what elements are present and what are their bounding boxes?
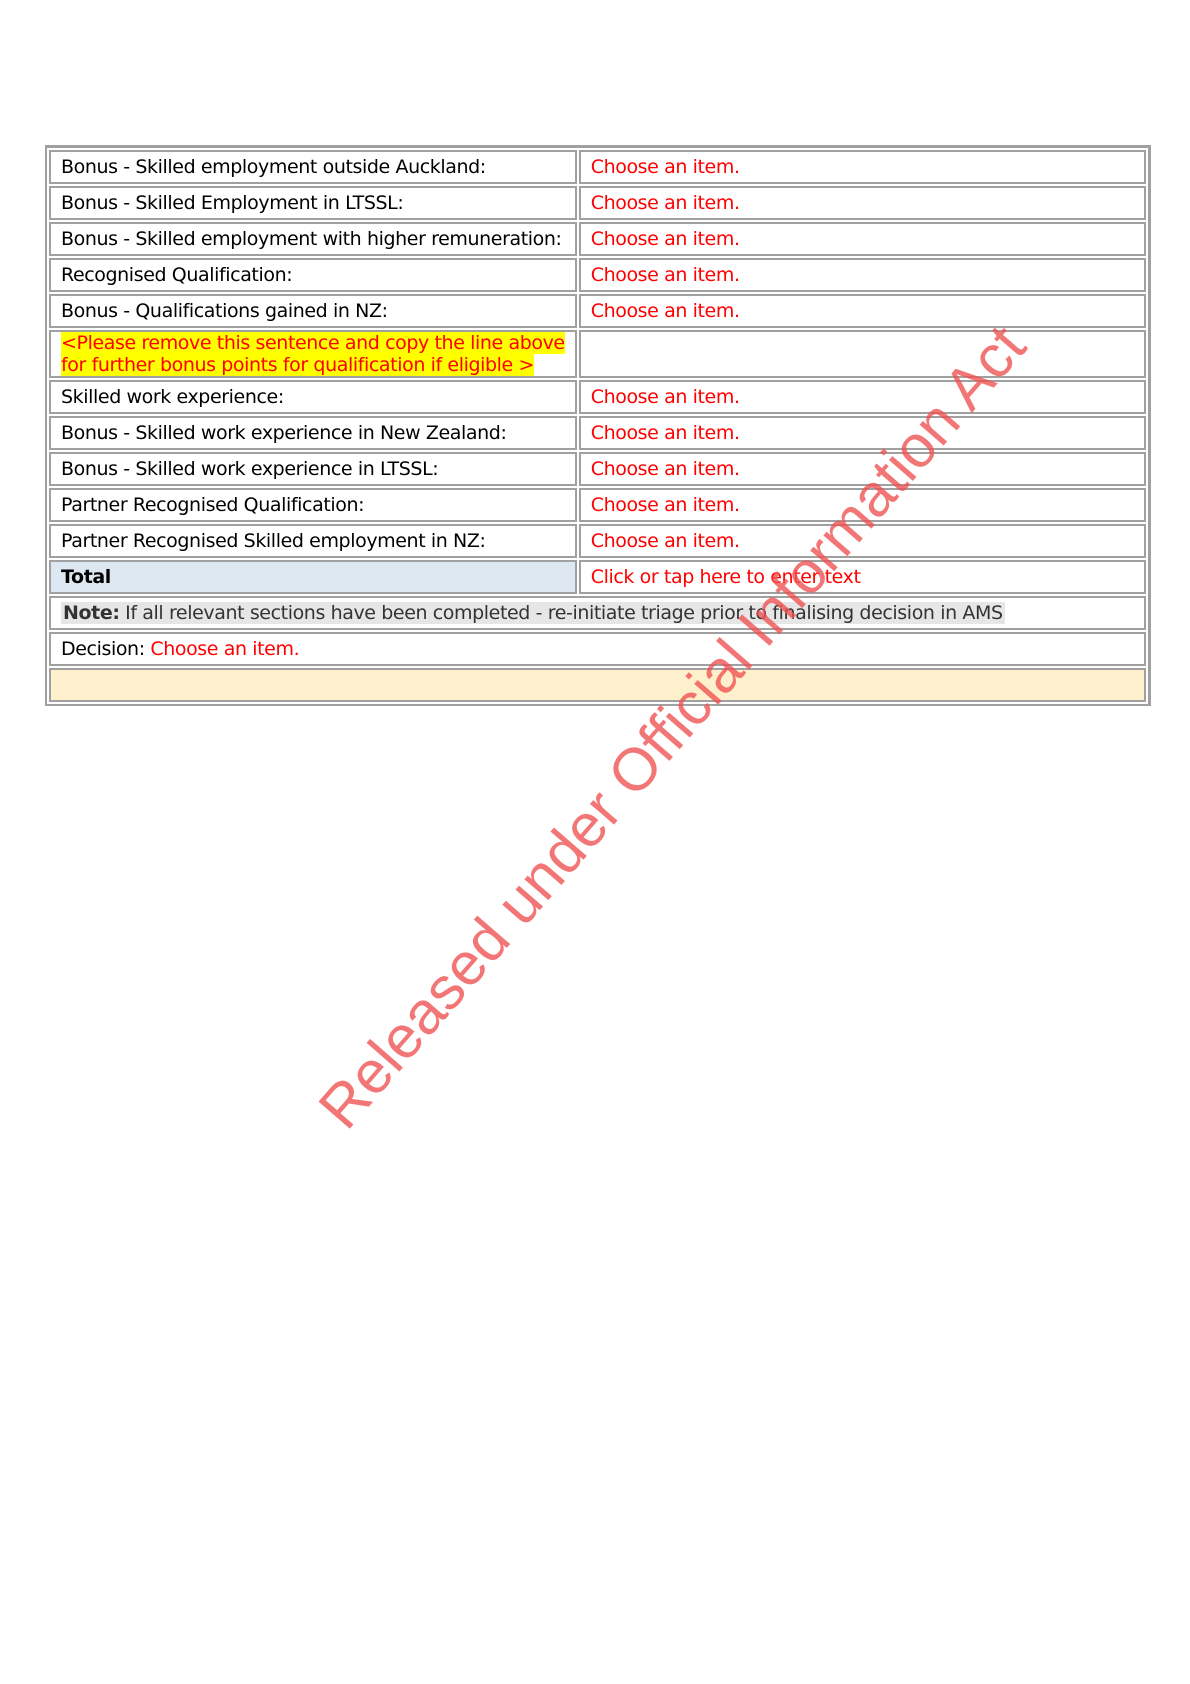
choose-item-dropdown[interactable]: Choose an item. [579,294,1146,328]
instruction-line-2: for further bonus points for qualificati… [61,354,534,376]
choose-item-dropdown[interactable]: Choose an item. [579,416,1146,450]
decision-cell: Decision: Choose an item. [49,632,1146,666]
choose-item-dropdown[interactable]: Choose an item. [579,258,1146,292]
row-label: Bonus - Skilled work experience in New Z… [49,416,577,450]
choose-item-dropdown[interactable]: Choose an item. [579,488,1146,522]
note-body: If all relevant sections have been compl… [120,602,1003,624]
row-label: Partner Recognised Skilled employment in… [49,524,577,558]
instruction-row: <Please remove this sentence and copy th… [49,330,1146,378]
choose-item-dropdown[interactable]: Choose an item. [579,186,1146,220]
row-label: Partner Recognised Qualification: [49,488,577,522]
choose-item-dropdown[interactable]: Choose an item. [579,524,1146,558]
decision-label: Decision: [61,638,150,660]
table-row: Skilled work experience: Choose an item. [49,380,1146,414]
instruction-note: <Please remove this sentence and copy th… [49,330,577,378]
instruction-line-1: <Please remove this sentence and copy th… [61,332,565,354]
choose-item-dropdown[interactable]: Choose an item. [579,150,1146,184]
table-row: Partner Recognised Skilled employment in… [49,524,1146,558]
table-row: Bonus - Skilled work experience in LTSSL… [49,452,1146,486]
total-row: Total Click or tap here to enter text [49,560,1146,594]
note-row: Note: If all relevant sections have been… [49,596,1146,630]
row-label: Bonus - Skilled Employment in LTSSL: [49,186,577,220]
row-label: Bonus - Qualifications gained in NZ: [49,294,577,328]
table-row: Bonus - Skilled employment outside Auckl… [49,150,1146,184]
table-row: Bonus - Skilled employment with higher r… [49,222,1146,256]
table-row: Bonus - Skilled Employment in LTSSL: Cho… [49,186,1146,220]
choose-item-dropdown[interactable]: Choose an item. [579,380,1146,414]
footer-row [49,668,1146,702]
table-row: Bonus - Skilled work experience in New Z… [49,416,1146,450]
decision-dropdown[interactable]: Choose an item. [150,638,299,660]
row-label: Recognised Qualification: [49,258,577,292]
table-row: Recognised Qualification: Choose an item… [49,258,1146,292]
points-assessment-table: Bonus - Skilled employment outside Auckl… [45,145,1151,706]
note-text: Note: If all relevant sections have been… [61,602,1005,624]
total-label: Total [49,560,577,594]
note-prefix: Note: [63,602,120,624]
row-label: Bonus - Skilled employment with higher r… [49,222,577,256]
row-label: Bonus - Skilled employment outside Auckl… [49,150,577,184]
total-text-field[interactable]: Click or tap here to enter text [579,560,1146,594]
table-row: Bonus - Qualifications gained in NZ: Cho… [49,294,1146,328]
document-page: Bonus - Skilled employment outside Auckl… [0,0,1190,1684]
note-cell: Note: If all relevant sections have been… [49,596,1146,630]
row-label: Skilled work experience: [49,380,577,414]
choose-item-dropdown[interactable]: Choose an item. [579,222,1146,256]
choose-item-dropdown[interactable]: Choose an item. [579,452,1146,486]
footer-band [49,668,1146,702]
table-row: Partner Recognised Qualification: Choose… [49,488,1146,522]
row-label: Bonus - Skilled work experience in LTSSL… [49,452,577,486]
decision-row: Decision: Choose an item. [49,632,1146,666]
empty-cell [579,330,1146,378]
